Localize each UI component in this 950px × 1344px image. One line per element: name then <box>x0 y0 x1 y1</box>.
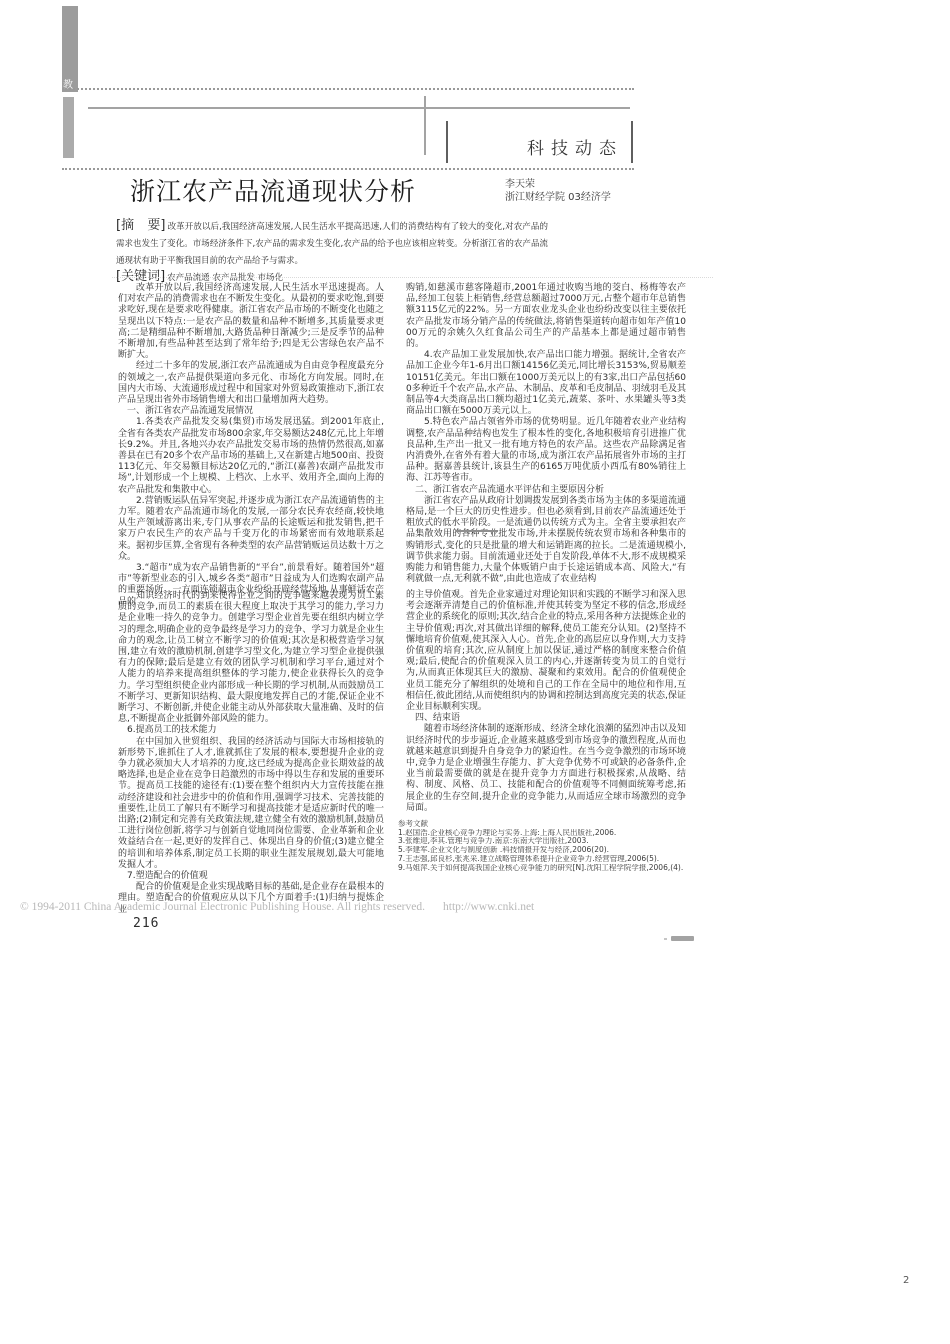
sheet-number: 2 <box>903 1275 909 1286</box>
section-heading: 四、结束语 <box>406 713 686 724</box>
paragraph: 4.农产品加工业发展加快,农产品出口能力增强。据统计,全省农产品加工企业今年1-… <box>406 350 686 417</box>
paragraph: 1.各类农产品批发交易(集贸)市场发展迅猛。到2001年底止,全省有各类农产品批… <box>118 417 384 495</box>
article2-left-column: 知识经济时代的到来使得企业之间的竞争越来越表现为员工素质的竞争,而员工的素质在很… <box>118 591 384 916</box>
copyright-url: http://www.cnki.net <box>443 901 534 913</box>
reference-item: 7.王志强,邱良杉,张兆采.建立战略管理体系提升企业竞争力.经营管理,2006(… <box>398 855 698 864</box>
paragraph: 浙江省农产品从政府计划调拨发展到各类市场为主体的多渠道流通格局,是一个巨大的历史… <box>406 496 686 586</box>
faint-scan-rule <box>112 277 713 278</box>
section-heading: 6.提高员工的技术能力 <box>118 725 384 736</box>
reference-item: 1.赵国浩.企业核心竞争力理论与实务.上海:上海人民出版社,2006. <box>398 829 698 838</box>
scan-edge-bar: 教 <box>62 6 78 92</box>
article-title: 浙江农产品流通现状分析 <box>130 172 416 208</box>
copyright-line: © 1994-2011 China Academic Journal Elect… <box>20 901 534 913</box>
header-dotted-rule-bottom <box>62 168 634 170</box>
paragraph: 改革开放以后,我国经济高速发展,人民生活水平迅速提高。人们对农产品的消费需求也在… <box>118 283 384 361</box>
paragraph: 随着市场经济体制的逐渐形成、经济全球化浪潮的猛烈冲击以及知识经济时代的步步逼近,… <box>406 724 686 814</box>
keywords-text: 农产品流通 农产品批发 市场化 <box>167 273 283 283</box>
article2-right-column: 的主导价值观。首先企业家通过对理论知识和实践的不断学习和深入思考会逐渐弄清楚自己… <box>406 590 686 814</box>
scan-smudge <box>671 936 694 941</box>
header-dotted-rule-top <box>62 88 634 90</box>
references-block: 参考文献 1.赵国浩.企业核心竞争力理论与实务.上海:上海人民出版社,2006.… <box>398 820 698 872</box>
paragraph: 5.特色农产品占领省外市场的优势明显。近几年随着农业产业结构调整,农产品品种结构… <box>406 417 686 484</box>
section-label: 科技动态 <box>527 134 623 159</box>
copyright-text: © 1994-2011 China Academic Journal Elect… <box>20 901 425 913</box>
header-horizontal-rule <box>88 107 630 109</box>
author-affiliation: 浙江财经学院 03经济学 <box>505 188 611 203</box>
paragraph: 经过二十多年的发展,浙江农产品流通成为自由竞争程度最充分的领域之一,农产品提供渠… <box>118 361 384 406</box>
references-label: 参考文献 <box>398 820 698 829</box>
references-list: 1.赵国浩.企业核心竞争力理论与实务.上海:上海人民出版社,2006.3.张维迎… <box>398 829 698 873</box>
section-heading: 二、浙江省农产品流通水平评估和主要原因分析 <box>406 485 686 496</box>
paragraph: 在中国加入世贸组织、我国的经济活动与国际大市场相接轨的新形势下,谁抓住了人才,谁… <box>118 737 384 871</box>
abstract-paragraph: [摘 要]改革开放以后,我国经济高速发展,人民生活水平提高迅速,人们的消费结构有… <box>116 217 548 268</box>
scan-artifact-line <box>456 530 498 532</box>
page-number: 216 <box>133 916 159 931</box>
section-heading: 7.塑造配合的价值观 <box>118 871 384 882</box>
paragraph: 知识经济时代的到来使得企业之间的竞争越来越表现为员工素质的竞争,而员工的素质在很… <box>118 591 384 725</box>
reference-item: 5.李建军.企业文化与制度创新 .科技情报开发与经济,2006(20). <box>398 846 698 855</box>
abstract-label: [摘 要] <box>116 218 166 233</box>
reference-item: 3.张维迎,李其.管理与竞争力.南京:东南大学出版社,2003. <box>398 837 698 846</box>
section-label-right-bar <box>631 121 633 163</box>
paragraph: 2.营销贩运队伍异军突起,并逐步成为浙江农产品流通销售的主力军。随着农产品流通市… <box>118 496 384 563</box>
article1-left-column: 改革开放以后,我国经济高速发展,人民生活水平迅速提高。人们对农产品的消费需求也在… <box>118 283 384 608</box>
article1-right-column: 购销,如慈溪市慈客隆超市,2001年通过收购当地的茭白、杨梅等农产品,经加工包装… <box>406 283 686 585</box>
paragraph: 的主导价值观。首先企业家通过对理论知识和实践的不断学习和深入思考会逐渐弄清楚自己… <box>406 590 686 713</box>
paragraph: 购销,如慈溪市慈客隆超市,2001年通过收购当地的茭白、杨梅等农产品,经加工包装… <box>406 283 686 350</box>
section-label-left-bar <box>446 121 448 163</box>
reference-item: 9.马姐萍.关于如何提高我国企业核心竞争能力的研究[N].沈阳工程学院学报,20… <box>398 864 698 873</box>
abstract-text: 改革开放以后,我国经济高速发展,人民生活水平提高迅速,人们的消费结构有了较大的变… <box>116 222 548 266</box>
abstract-block: [摘 要]改革开放以后,我国经济高速发展,人民生活水平提高迅速,人们的消费结构有… <box>116 217 548 285</box>
scan-edge-bar-lower <box>63 97 74 158</box>
page-background: { "header": { "section_label": "科技动态", "… <box>0 0 950 1344</box>
header-divider-line <box>424 96 426 155</box>
section-heading: 一、浙江省农产品流通发展情况 <box>118 406 384 417</box>
